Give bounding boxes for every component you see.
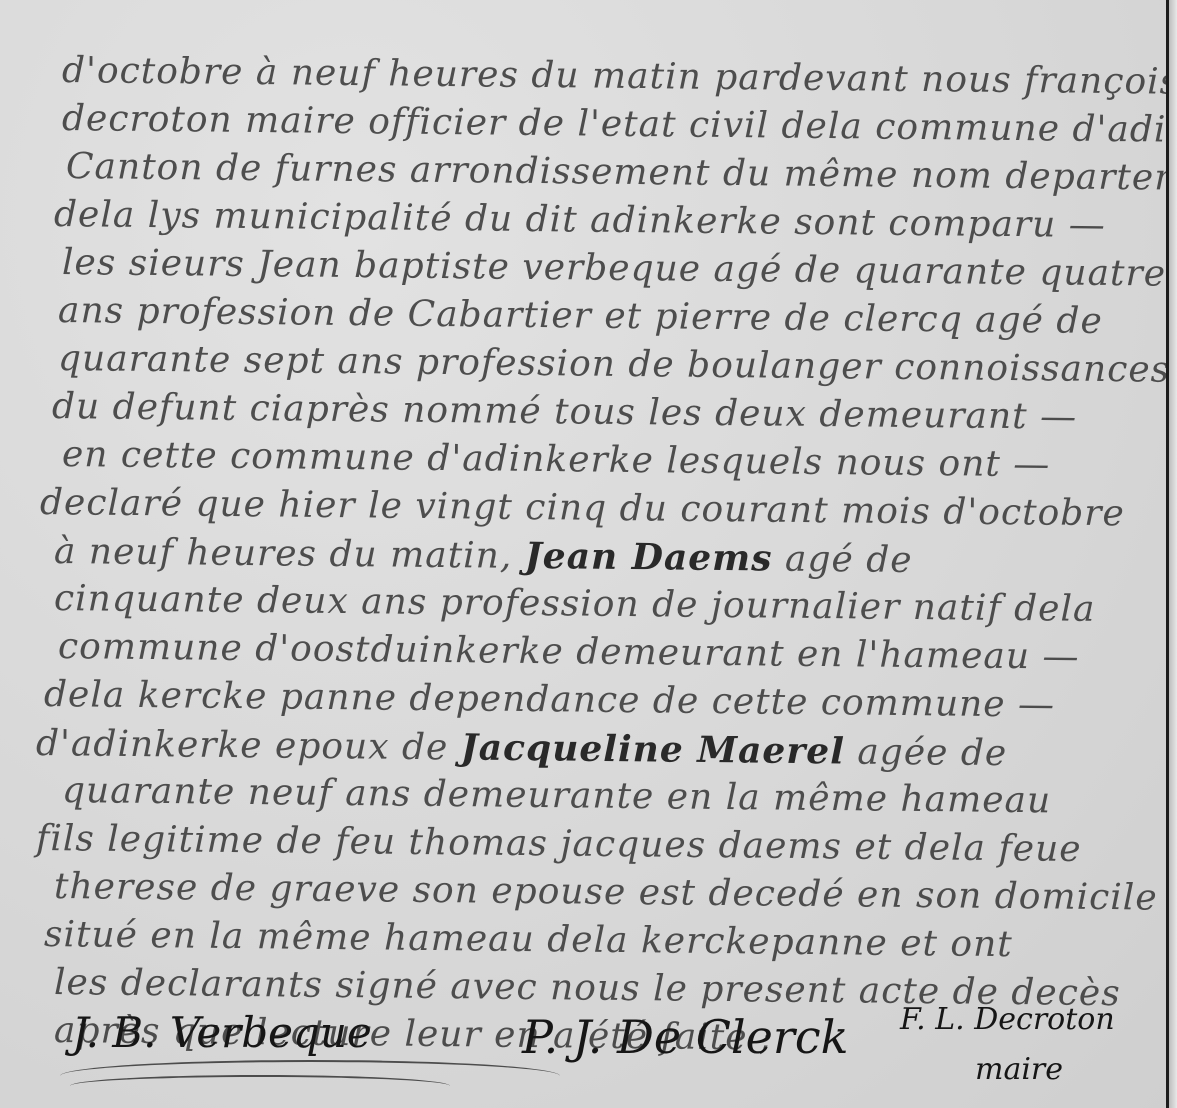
deceased-name: Jean Daems (525, 535, 773, 580)
text-line-17: fils legitime de feu thomas jacques daem… (36, 818, 1082, 870)
text-line-2: decroton maire officier de l'etat civil … (62, 98, 1177, 152)
signature-verbeque: J. B. Verbeque (72, 1008, 372, 1057)
text-line-8: du defunt ciaprès nommé tous les deux de… (52, 386, 1078, 438)
document-scan: d'octobre à neuf heures du matin pardeva… (0, 0, 1177, 1108)
text-line-9: en cette commune d'adinkerke lesquels no… (62, 434, 1051, 485)
text-line-11: à neuf heures du matin, Jean Daems agé d… (54, 530, 913, 581)
text-line-14: dela kercke panne dependance de cette co… (44, 674, 1055, 726)
text-line-6: ans profession de Cabartier et pierre de… (58, 290, 1103, 342)
text-line-13: commune d'oostduinkerke demeurant en l'h… (58, 626, 1080, 678)
text-line-7: quarante sept ans profession de boulange… (58, 338, 1171, 391)
text-line-12: cinquante deux ans profession de journal… (54, 578, 1096, 630)
deceased-age-prefix: agé de (785, 539, 913, 581)
mayor-title: maire (975, 1052, 1063, 1087)
text-line-15: d'adinkerke epoux de Jacqueline Maerel a… (36, 722, 1008, 774)
signature-flourish-2 (70, 1075, 450, 1097)
text-line-16: quarante neuf ans demeurante en la même … (62, 770, 1052, 821)
page-edge-shadow (1169, 0, 1177, 1108)
text-line-3: Canton de furnes arrondissement du même … (66, 146, 1177, 199)
text-line-1: d'octobre à neuf heures du matin pardeva… (62, 50, 1177, 103)
text-line-5: les sieurs Jean baptiste verbeque agé de… (62, 242, 1166, 295)
spouse-name: Jacqueline Maerel (461, 726, 846, 772)
text-line-15-start: d'adinkerke epoux de (36, 723, 449, 768)
signature-de-clerck: P. J. De Clerck (522, 1010, 848, 1064)
signature-mayor: F. L. Decroton (900, 1002, 1115, 1037)
text-line-4: dela lys municipalité du dit adinkerke s… (54, 194, 1106, 246)
text-line-19: situé en la même hameau dela kerckepanne… (44, 914, 1013, 965)
text-line-11-start: à neuf heures du matin, (54, 531, 513, 577)
spouse-age-prefix: agée de (857, 732, 1007, 775)
text-line-18: therese de graeve son epouse est decedé … (54, 866, 1158, 919)
text-line-10: declaré que hier le vingt cinq du couran… (40, 482, 1125, 534)
